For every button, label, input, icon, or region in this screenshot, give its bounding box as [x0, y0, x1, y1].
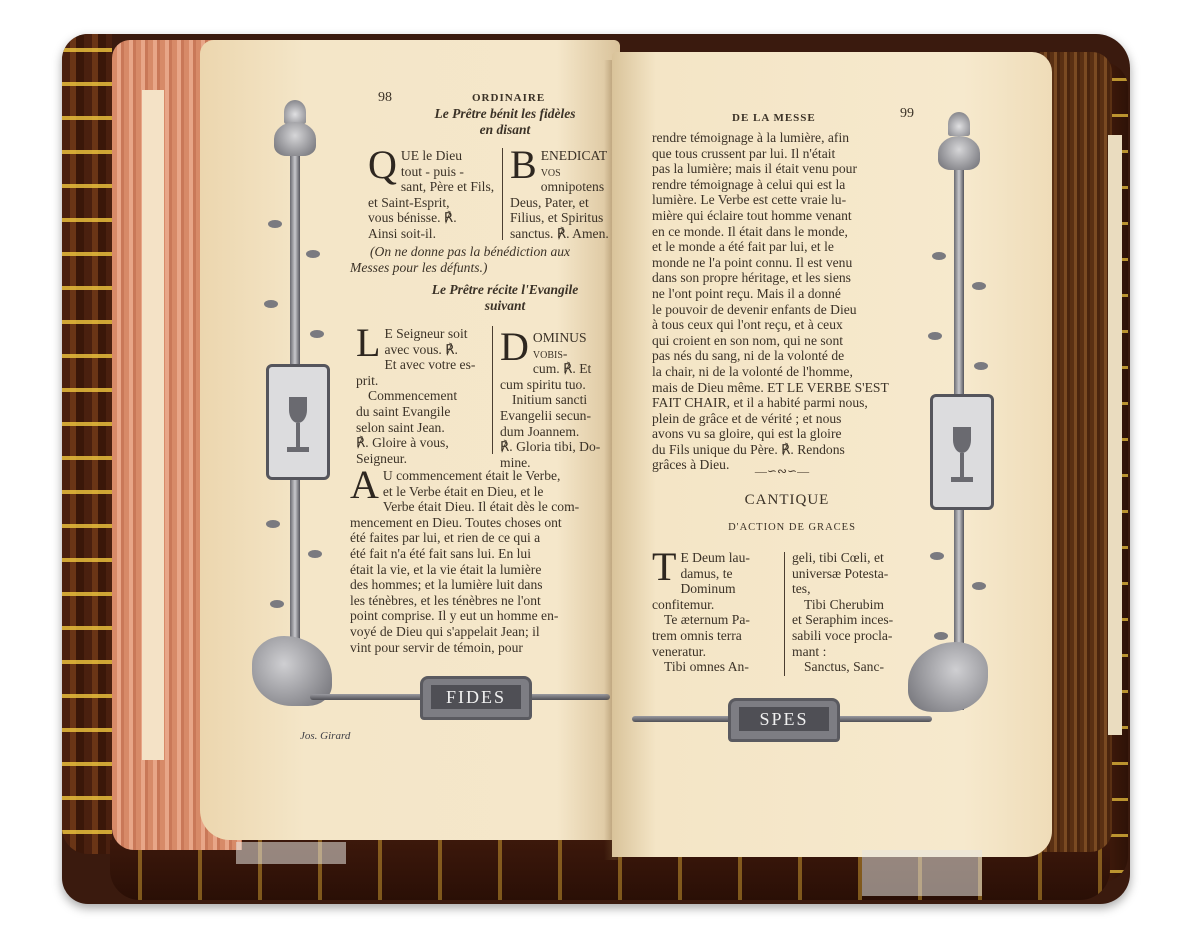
te-deum-right-column: geli, tibi Cœli, et universæ Potesta- te…	[792, 550, 922, 675]
gilt-border-left	[62, 34, 112, 854]
left-border-pillar	[260, 80, 330, 700]
dominus-latin: D OMINUS vobis- cum. ℟. Et cum spiritu t…	[500, 330, 618, 470]
flame-icon	[284, 100, 306, 124]
urn-icon	[938, 136, 980, 170]
left-page: 98 ORDINAIRE Le Prêtre bénit les fidèles…	[200, 40, 620, 840]
chalice-panel	[266, 364, 330, 480]
folio-99: 99	[900, 106, 914, 122]
chalice-panel	[930, 394, 994, 510]
running-head-ordinaire: ORDINAIRE	[472, 92, 545, 104]
flame-icon	[948, 112, 970, 136]
fides-cartouche: FIDES	[310, 670, 610, 722]
chalice-icon	[289, 397, 307, 423]
fides-label: FIDES	[431, 685, 521, 709]
folio-98: 98	[378, 90, 392, 106]
gospel-john-prologue: A U commencement était le Verbe, et le V…	[350, 468, 620, 655]
spes-label: SPES	[739, 707, 829, 731]
rubric-note-defunts: (On ne donne pas la bénédiction aux Mess…	[350, 244, 620, 275]
urn-icon	[274, 122, 316, 156]
te-deum-left-column: T E Deum lau- damus, te Dominum confitem…	[652, 550, 780, 675]
right-border-pillar	[924, 102, 994, 722]
column-rule	[784, 552, 785, 676]
right-page: DE LA MESSE 99 rendre témoignage à la lu…	[612, 52, 1052, 857]
cantique-heading: CANTIQUE	[702, 492, 872, 509]
running-head-de-la-messe: DE LA MESSE	[732, 112, 816, 124]
endpaper-right	[1108, 135, 1122, 735]
chalice-icon	[953, 427, 971, 453]
transparent-tape-bottom-right	[862, 850, 982, 896]
column-rule	[502, 148, 503, 240]
rubric-blessing: Le Prêtre bénit les fidèles en disant	[400, 106, 610, 138]
gospel-continued: rendre témoignage à la lumière, afin que…	[652, 130, 932, 473]
transparent-tape-bottom-left	[236, 842, 346, 864]
fleuron-divider: —∽∾∽—	[742, 464, 822, 479]
bookmark-leaf	[142, 90, 164, 760]
rubric-gospel: Le Prêtre récite l'Evangile suivant	[390, 282, 620, 314]
blessing-french: Q UE le Dieu tout - puis - sant, Père et…	[368, 148, 496, 242]
spes-cartouche: SPES	[632, 692, 932, 744]
engraver-signature: Jos. Girard	[300, 730, 350, 742]
dominus-french: L E Seigneur soit avec vous. ℟. Et avec …	[356, 326, 488, 466]
cantique-subheading: D'ACTION DE GRACES	[682, 522, 902, 533]
column-rule	[492, 326, 493, 454]
